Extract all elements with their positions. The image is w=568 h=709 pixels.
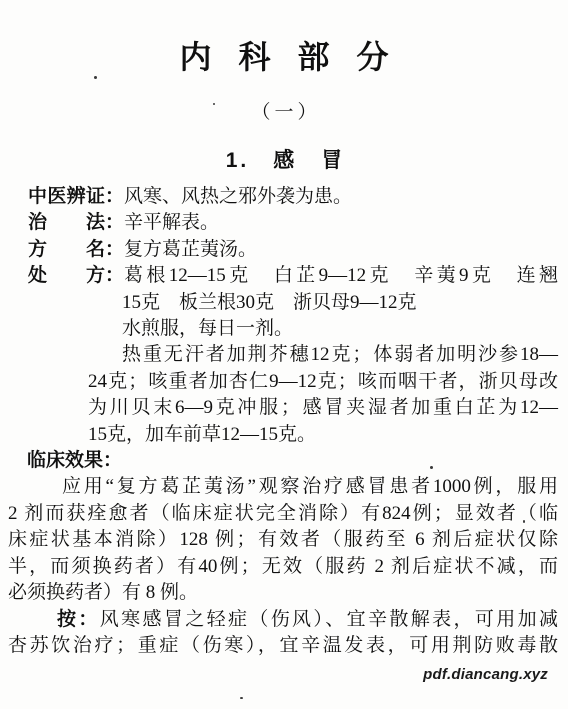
field-value: 复方葛芷荑汤。 bbox=[124, 237, 558, 263]
clinical-line: 应用“复方葛芷荑汤”观察治疗感冒患者1000例，服用 bbox=[8, 474, 558, 500]
note-label: 按 bbox=[57, 609, 78, 630]
field-value: 辛平解表。 bbox=[124, 210, 558, 236]
clinical-line: 床症状基本消除）128 例；有效者（服药至 6 剂后症状仅除 bbox=[8, 527, 558, 553]
document-body: 中医辨证：风寒、风热之邪外袭为患。 治法：辛平解表。 方名：复方葛芷荑汤。 处方… bbox=[8, 184, 558, 659]
field-value: 风寒、风热之邪外袭为患。 bbox=[124, 184, 558, 210]
field-colon: ： bbox=[105, 263, 124, 289]
scan-speck bbox=[240, 697, 243, 699]
field-row-treatment-method: 治法：辛平解表。 bbox=[8, 210, 558, 236]
field-colon: ： bbox=[105, 210, 124, 236]
note-line: 杏苏饮治疗；重症（伤寒），宜辛温发表，可用荆防败毒散 bbox=[8, 633, 558, 659]
scan-speck bbox=[94, 76, 97, 79]
prescription-line: 15克 板兰根30克 浙贝母9—12克 bbox=[8, 290, 558, 316]
field-colon: ： bbox=[105, 237, 124, 263]
field-label: 中医辨证 bbox=[28, 184, 105, 210]
field-label: 处方 bbox=[28, 263, 105, 289]
section-marker: （一） bbox=[0, 97, 568, 124]
field-row-formula-name: 方名：复方葛芷荑汤。 bbox=[8, 237, 558, 263]
clinical-line: 必须换药者）有 8 例。 bbox=[8, 580, 558, 606]
chapter-heading: 1. 感 冒 bbox=[0, 144, 568, 174]
note-colon: ： bbox=[78, 609, 99, 630]
note-text: 风寒感冒之轻症（伤风）、宜辛散解表，可用加减 bbox=[100, 609, 558, 630]
clinical-results-label: 临床效果 bbox=[27, 450, 103, 471]
scan-speck bbox=[430, 466, 433, 469]
field-row-prescription: 处方：葛根12—15克 白芷9—12克 辛荑9克 连翘 bbox=[8, 263, 558, 289]
field-label: 治法 bbox=[28, 210, 105, 236]
watermark: pdf.diancang.xyz bbox=[423, 666, 548, 683]
field-label: 方名 bbox=[28, 237, 105, 263]
modification-line: 为川贝末6—9克冲服；感冒夹湿者加重白芷为12— bbox=[8, 395, 558, 421]
page-title: 内科部分 bbox=[0, 32, 568, 78]
modification-line: 24克；咳重者加杏仁9—12克；咳而咽干者，浙贝母改 bbox=[8, 369, 558, 395]
clinical-line: 半，而须换药者）有40例；无效（服药 2 剂后症状不减，而 bbox=[8, 554, 558, 580]
field-value: 葛根12—15克 白芷9—12克 辛荑9克 连翘 bbox=[124, 263, 558, 289]
scan-speck bbox=[523, 520, 525, 523]
clinical-results-colon: ： bbox=[103, 450, 122, 471]
modification-line: 15克，加车前草12—15克。 bbox=[8, 422, 558, 448]
field-row-syndrome: 中医辨证：风寒、风热之邪外袭为患。 bbox=[8, 184, 558, 210]
modification-line: 热重无汗者加荆芥穗12克；体弱者加明沙参18— bbox=[8, 342, 558, 368]
scan-speck bbox=[213, 103, 215, 105]
prescription-line: 水煎服，每日一剂。 bbox=[8, 316, 558, 342]
clinical-line: 2 剂而获痊愈者（临床症状完全消除）有824例；显效者（临 bbox=[8, 501, 558, 527]
note-line: 按：风寒感冒之轻症（伤风）、宜辛散解表，可用加减 bbox=[8, 607, 558, 633]
clinical-results-heading: 临床效果： bbox=[8, 448, 558, 474]
field-colon: ： bbox=[105, 184, 124, 210]
document-page: 内科部分 （一） 1. 感 冒 中医辨证：风寒、风热之邪外袭为患。 治法：辛平解… bbox=[0, 0, 568, 709]
